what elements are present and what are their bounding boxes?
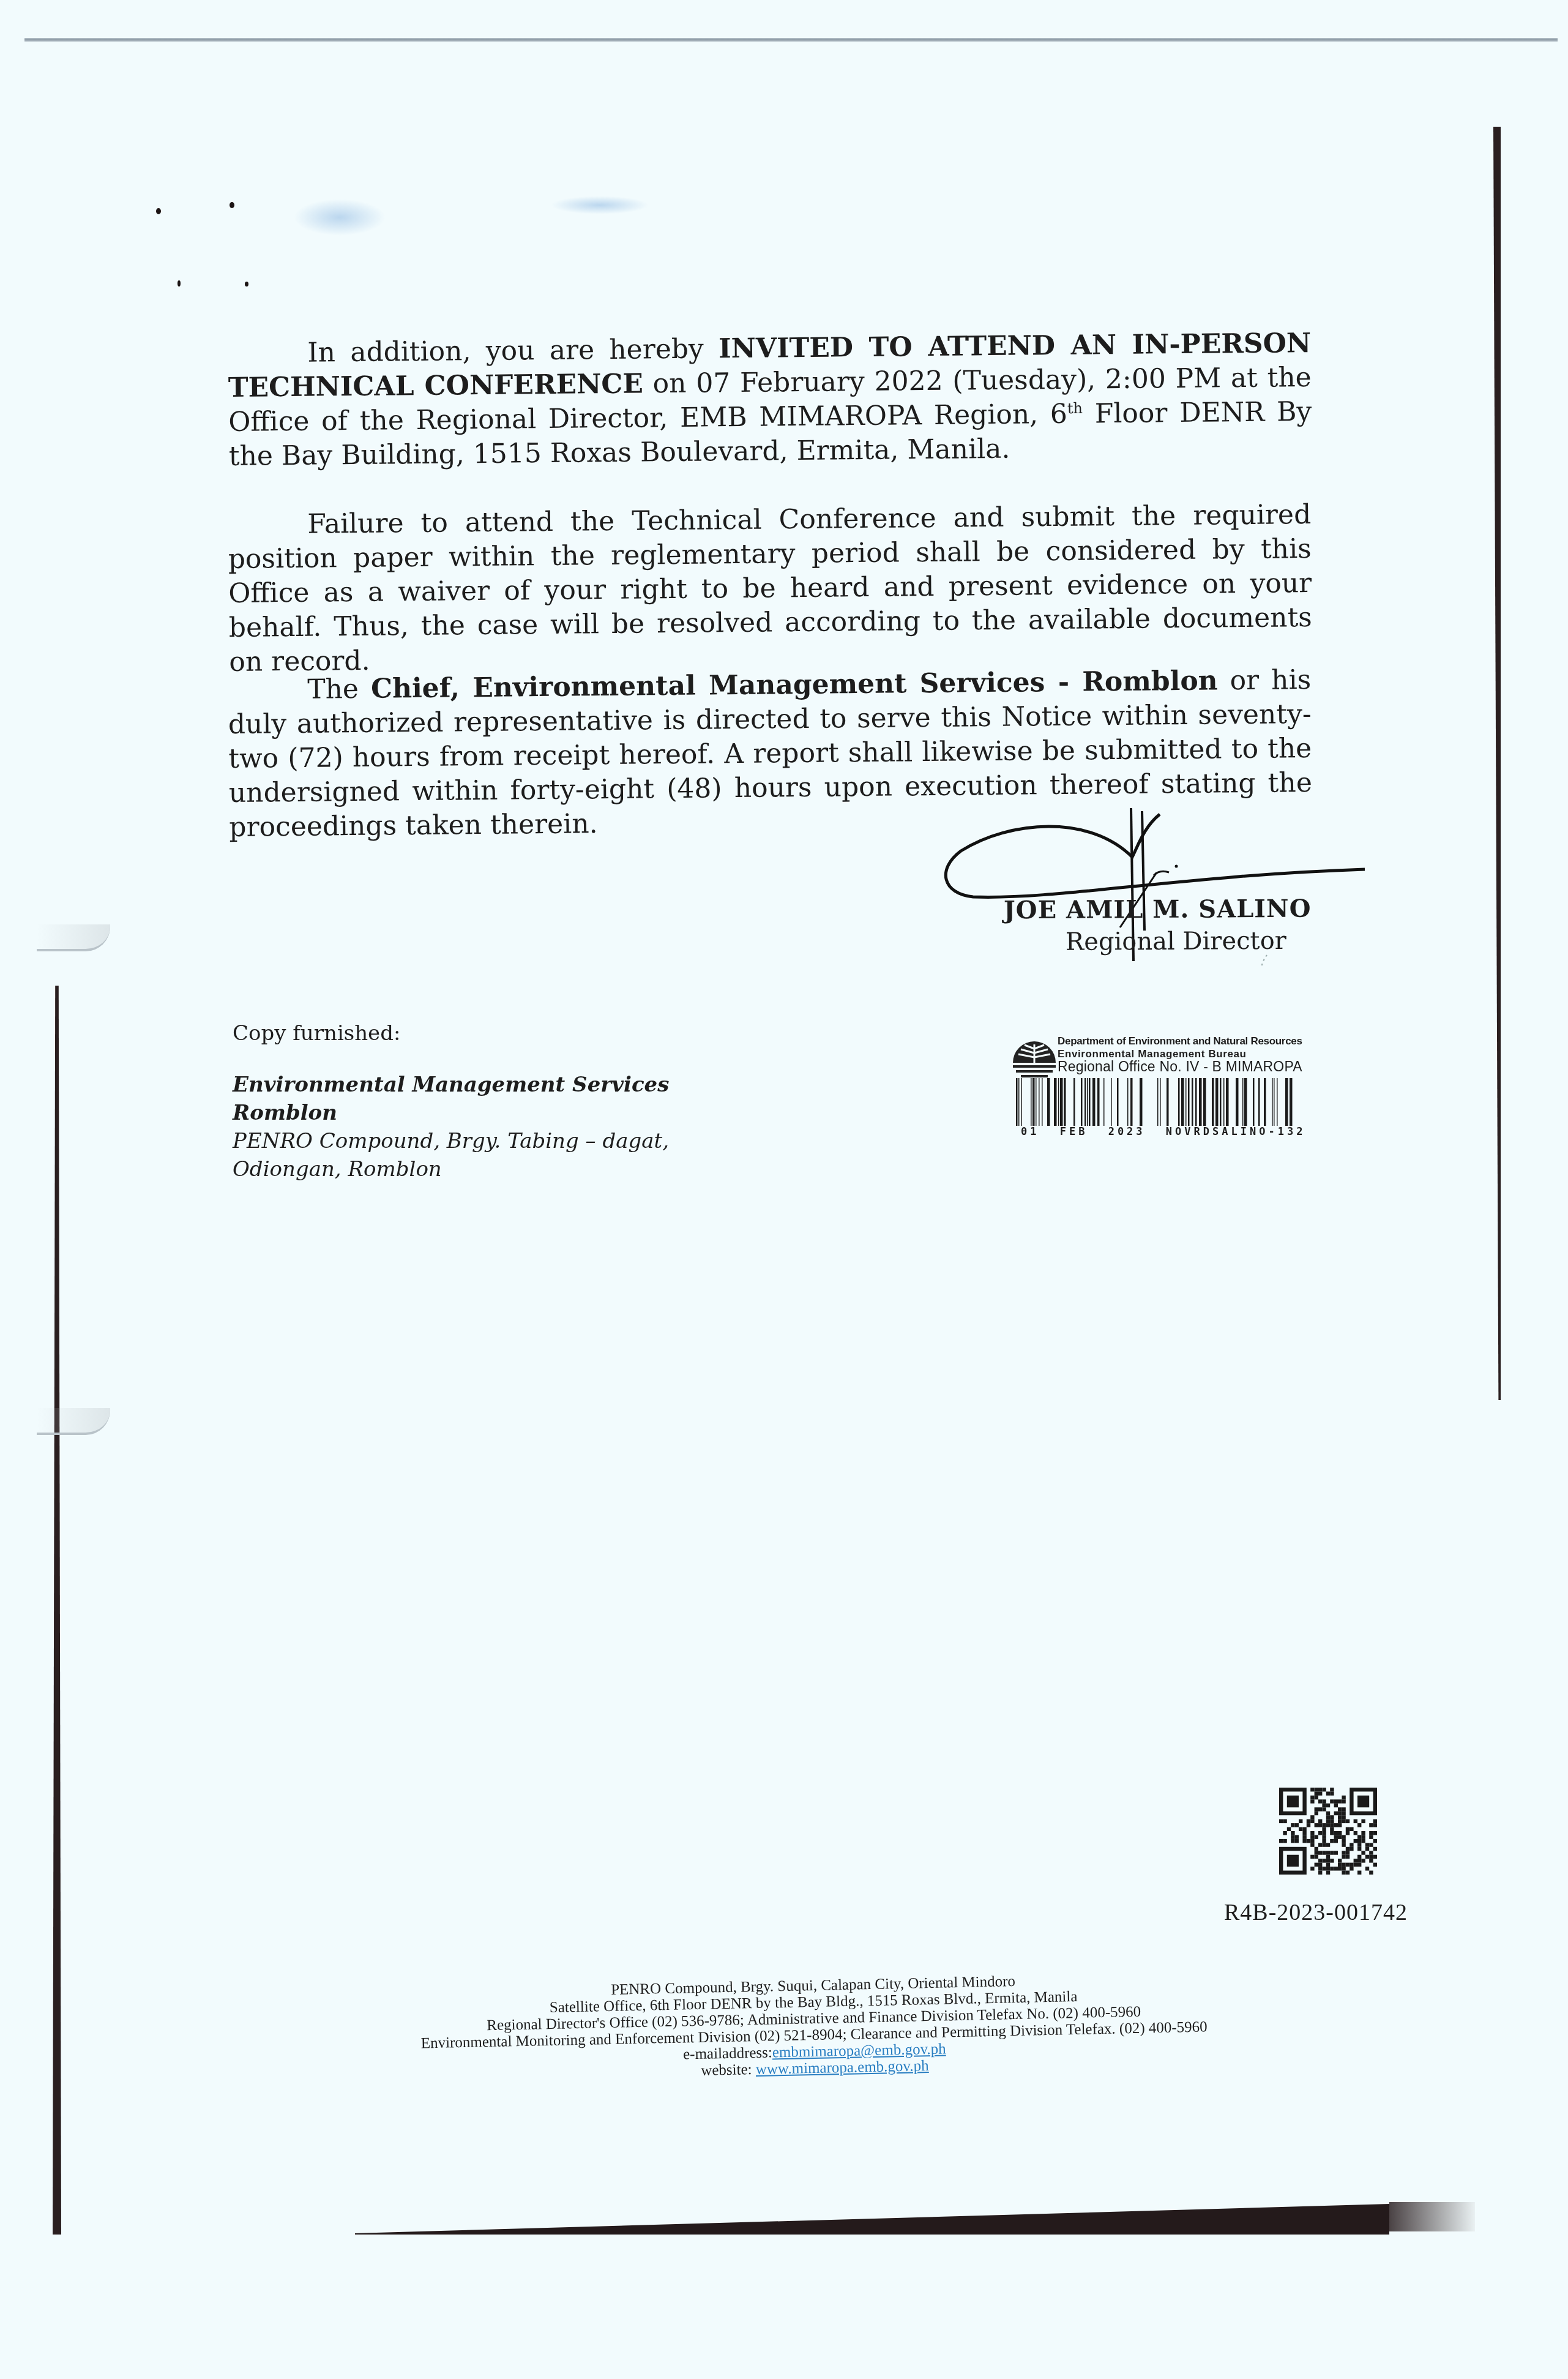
- text: Failure to attend the Technical Conferen…: [228, 498, 1313, 680]
- email-label: e-mailaddress:: [683, 2044, 772, 2062]
- paragraph-invitation: In addition, you are hereby INVITED TO A…: [228, 326, 1312, 474]
- stamp-date: 01 FEB 2023: [1021, 1126, 1146, 1138]
- barcode-icon: [1016, 1078, 1297, 1126]
- website-label: website:: [701, 2061, 756, 2079]
- stamp-reference: NOVRDSALINO-132: [1166, 1126, 1306, 1138]
- stamp-agency: Department of Environment and Natural Re…: [1058, 1035, 1322, 1047]
- document-number: R4B-2023-001742: [1224, 1899, 1408, 1926]
- scan-speck: [156, 208, 161, 214]
- text: The: [307, 673, 371, 705]
- scan-speck: [177, 280, 181, 287]
- website-link[interactable]: www.mimaropa.emb.gov.ph: [756, 2058, 929, 2078]
- punch-hole-mark: [37, 924, 110, 951]
- stamp-footer: 01 FEB 2023 NOVRDSALINO-132: [1021, 1126, 1322, 1138]
- denr-logo-icon: [1010, 1040, 1059, 1082]
- signatory-title: Regional Director: [1004, 927, 1312, 957]
- text: In addition, you are hereby: [307, 333, 719, 368]
- scan-right-edge: [1493, 127, 1501, 1400]
- paragraph-failure-warning: Failure to attend the Technical Conferen…: [228, 498, 1313, 680]
- punch-hole-mark: [37, 1408, 110, 1435]
- letterhead-footer: PENRO Compound, Brgy. Suqui, Calapan Cit…: [317, 1967, 1310, 2087]
- scan-stain: [551, 196, 649, 214]
- scan-bottom-fade: [1389, 2202, 1475, 2231]
- ordinal-suffix: th: [1067, 400, 1083, 417]
- scan-bottom-edge: [355, 2204, 1389, 2235]
- stamp-office: Regional Office No. IV - B MIMAROPA: [1058, 1060, 1322, 1073]
- scan-speck: [245, 282, 248, 287]
- qr-code-icon: [1279, 1788, 1377, 1875]
- scan-stain: [294, 199, 386, 236]
- recipient-org: Environmental Management Services: [233, 1071, 669, 1099]
- scan-left-edge: [53, 986, 61, 2235]
- recipient-org: Romblon: [233, 1099, 669, 1127]
- signatory-block: JOE AMIL M. SALINO Regional Director: [1004, 894, 1312, 957]
- scan-speck: [230, 202, 234, 208]
- scan-top-rule: [24, 38, 1558, 42]
- copy-furnished-label: Copy furnished:: [233, 1019, 669, 1047]
- recipient-address: PENRO Compound, Brgy. Tabing – dagat,: [233, 1127, 669, 1155]
- chief-ems-emphasis: Chief, Environmental Management Services…: [371, 665, 1218, 704]
- signatory-name: JOE AMIL M. SALINO: [1004, 894, 1312, 925]
- recipient-address: Odiongan, Romblon: [233, 1155, 669, 1183]
- copy-furnished-block: Copy furnished: Environmental Management…: [233, 1019, 669, 1183]
- receiving-stamp: Department of Environment and Natural Re…: [1004, 1035, 1322, 1138]
